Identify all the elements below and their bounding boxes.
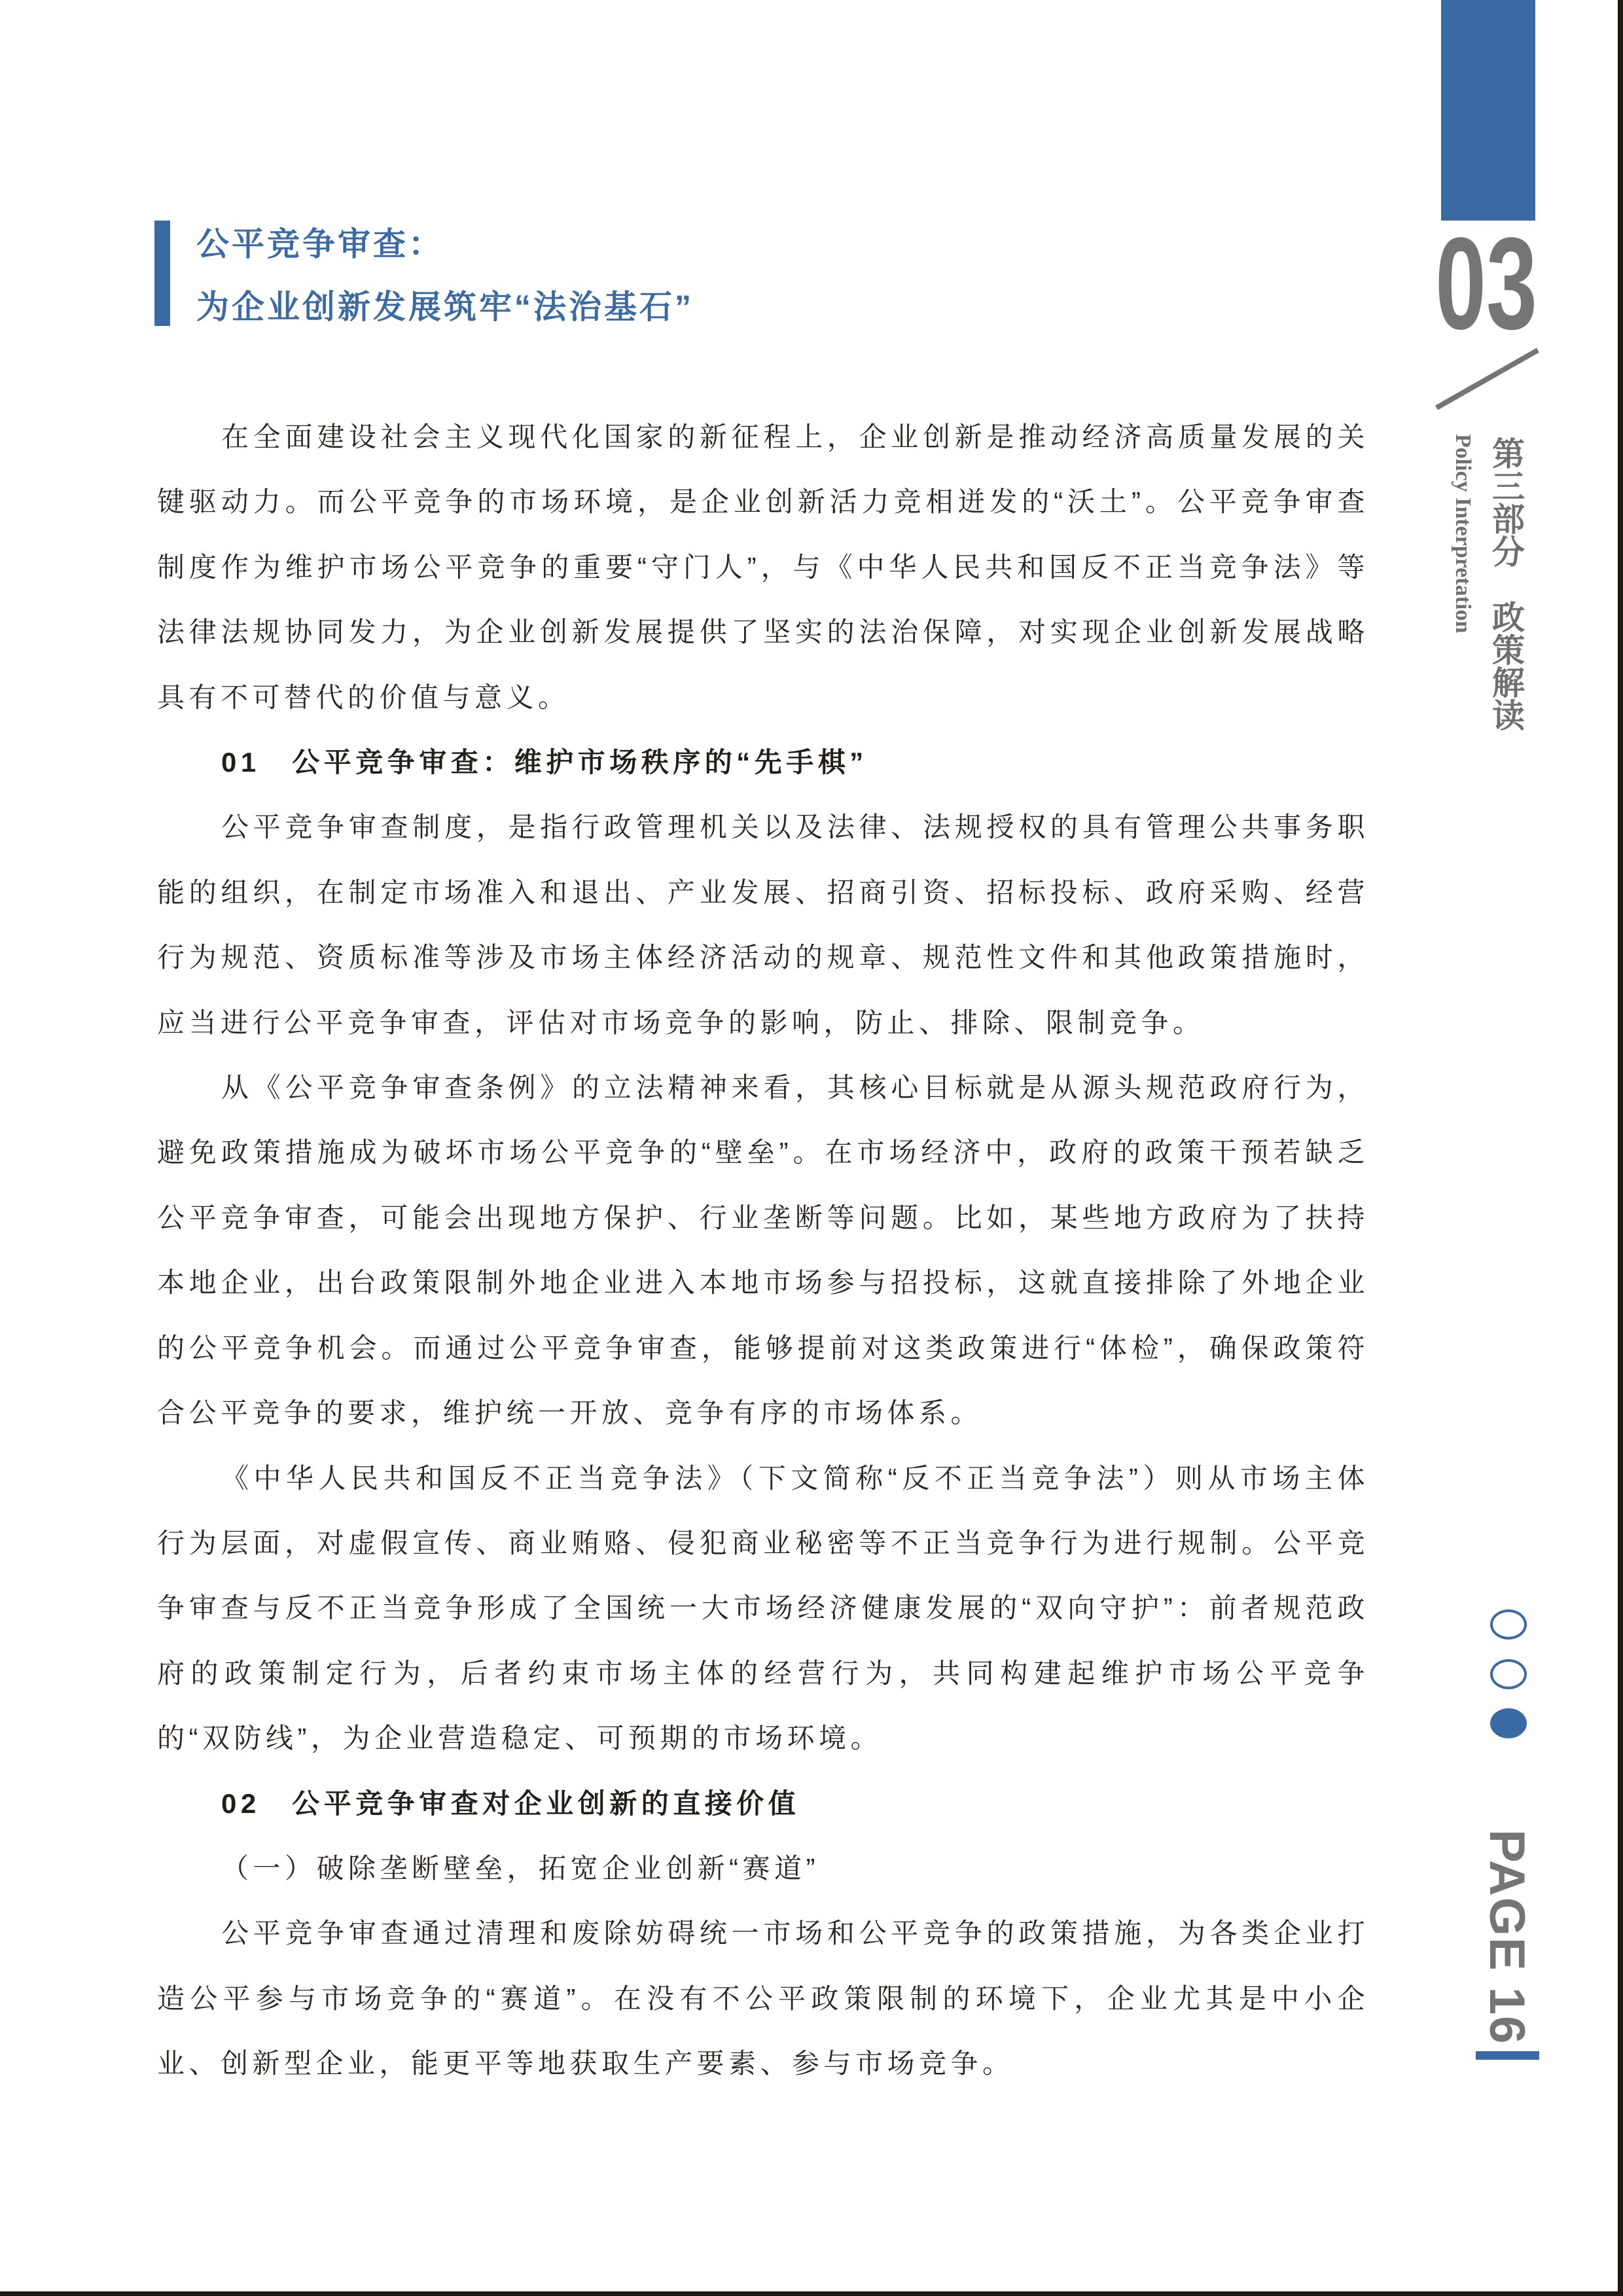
page-title: 公平竞争审查： 为企业创新发展筑牢“法治基石” [196,213,1178,338]
chapter-tab [1441,0,1535,221]
progress-dot-icon-3-active [1490,1708,1527,1738]
page-number-vertical: PAGE 16 [1480,1829,1533,2045]
paragraph-definition: 公平竞争审查制度，是指行政管理机关以及法律、法规授权的具有管理公共事务职能的组织… [157,795,1369,1055]
chapter-title-en: Policy Interpretation [1449,434,1476,633]
title-accent-bar [154,221,170,326]
body-text: 在全面建设社会主义现代化国家的新征程上，企业创新是推动经济高质量发展的关键驱动力… [157,404,1369,2096]
page-title-line1: 公平竞争审查： [196,213,1178,276]
page-edge-bottom [0,2291,1623,2296]
section-heading-01: 01 公平竞争审查：维护市场秩序的“先手棋” [157,730,1369,795]
paragraph-unfair-competition-law: 《中华人民共和国反不正当竞争法》（下文简称“反不正当竞争法”）则从市场主体行为层… [157,1446,1369,1771]
page-title-line2: 为企业创新发展筑牢“法治基石” [196,276,1178,338]
paragraph-legislative: 从《公平竞争审查条例》的立法精神来看，其核心目标就是从源头规范政府行为，避免政策… [157,1055,1369,1445]
page-number-rule [1476,2051,1539,2060]
progress-dot-icon-1 [1490,1609,1527,1640]
chapter-number: 03 [1427,219,1546,350]
diagonal-divider-line [1433,346,1541,414]
paragraph-intro: 在全面建设社会主义现代化国家的新征程上，企业创新是推动经济高质量发展的关键驱动力… [157,404,1369,730]
page: { "document": { "title": { "line1": "公平竞… [0,0,1623,2296]
progress-dot-icon-2 [1490,1659,1527,1689]
page-edge-right [1618,0,1623,2296]
subsection-heading-1: （一）破除垄断壁垒，拓宽企业创新“赛道” [157,1836,1369,1901]
paragraph-value: 公平竞争审查通过清理和废除妨碍统一市场和公平竞争的政策措施，为各类企业打造公平参… [157,1901,1369,2096]
chapter-title-cn: 第三部分 政策解读 [1486,437,1526,731]
section-heading-02: 02 公平竞争审查对企业创新的直接价值 [157,1771,1369,1836]
